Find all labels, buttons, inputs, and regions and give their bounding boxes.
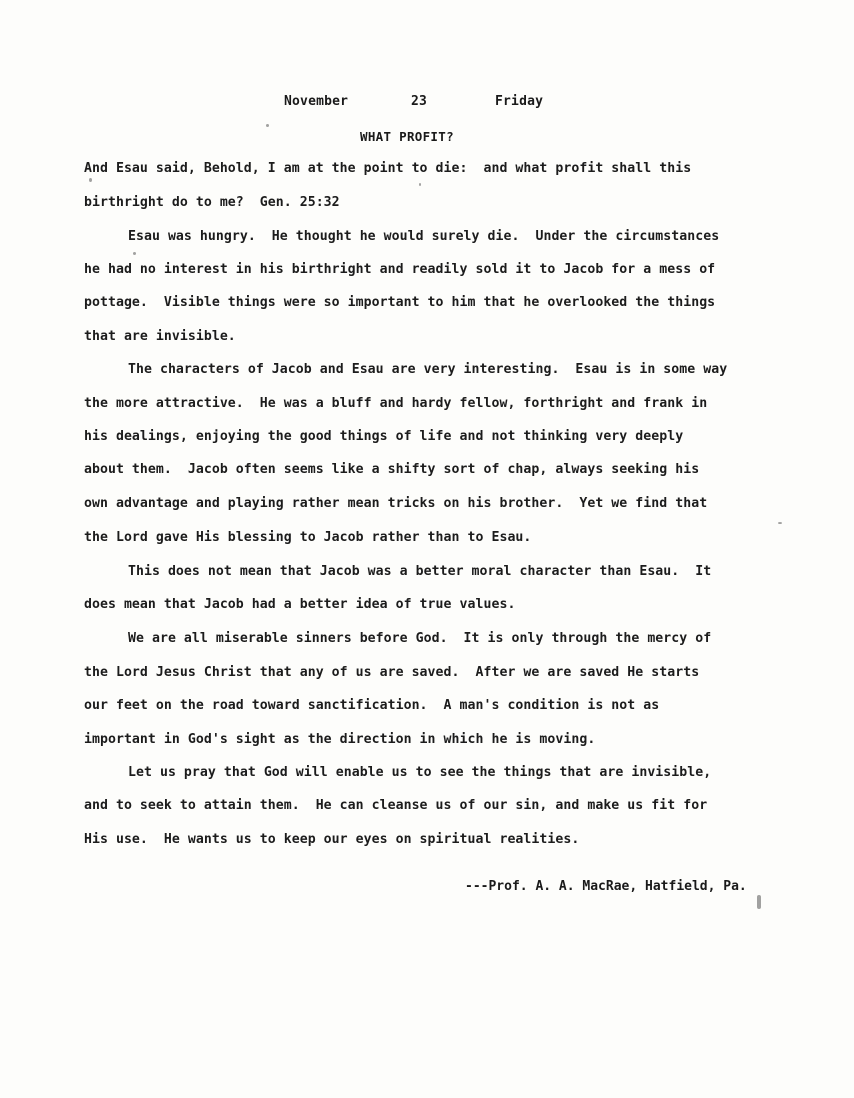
scan-speck: [89, 178, 92, 182]
paragraph-line: important in God's sight as the directio…: [84, 732, 595, 747]
scan-speck: [266, 124, 269, 127]
paragraph-line: Esau was hungry. He thought he would sur…: [128, 229, 719, 244]
paragraph-line: Let us pray that God will enable us to s…: [128, 765, 711, 780]
scan-speck: [133, 252, 136, 255]
scripture-line: birthright do to me? Gen. 25:32: [84, 195, 340, 210]
paragraph-line: His use. He wants us to keep our eyes on…: [84, 832, 579, 847]
header-weekday: Friday: [495, 94, 543, 109]
paragraph-line: that are invisible.: [84, 329, 236, 344]
paragraph-line: the more attractive. He was a bluff and …: [84, 396, 707, 411]
paragraph-line: does mean that Jacob had a better idea o…: [84, 597, 515, 612]
scan-speck: [419, 183, 421, 186]
paragraph-line: own advantage and playing rather mean tr…: [84, 496, 707, 511]
signature: ---Prof. A. A. MacRae, Hatfield, Pa.: [465, 879, 747, 894]
scan-speck: [757, 895, 761, 909]
paragraph-line: his dealings, enjoying the good things o…: [84, 429, 683, 444]
scan-speck: [778, 522, 782, 524]
header-month: November: [284, 94, 348, 109]
paragraph-line: and to seek to attain them. He can clean…: [84, 798, 707, 813]
paragraph-line: he had no interest in his birthright and…: [84, 262, 715, 277]
paragraph-line: the Lord gave His blessing to Jacob rath…: [84, 530, 531, 545]
paragraph-line: The characters of Jacob and Esau are ver…: [128, 362, 727, 377]
paragraph-line: We are all miserable sinners before God.…: [128, 631, 711, 646]
paragraph-line: about them. Jacob often seems like a shi…: [84, 462, 699, 477]
typewritten-page: November 23 Friday WHAT PROFIT? And Esau…: [0, 0, 854, 1098]
header-day: 23: [411, 94, 427, 109]
page-title: WHAT PROFIT?: [360, 129, 454, 144]
scripture-line: And Esau said, Behold, I am at the point…: [84, 161, 691, 176]
paragraph-line: the Lord Jesus Christ that any of us are…: [84, 665, 699, 680]
paragraph-line: our feet on the road toward sanctificati…: [84, 698, 659, 713]
paragraph-line: pottage. Visible things were so importan…: [84, 295, 715, 310]
paragraph-line: This does not mean that Jacob was a bett…: [128, 564, 711, 579]
